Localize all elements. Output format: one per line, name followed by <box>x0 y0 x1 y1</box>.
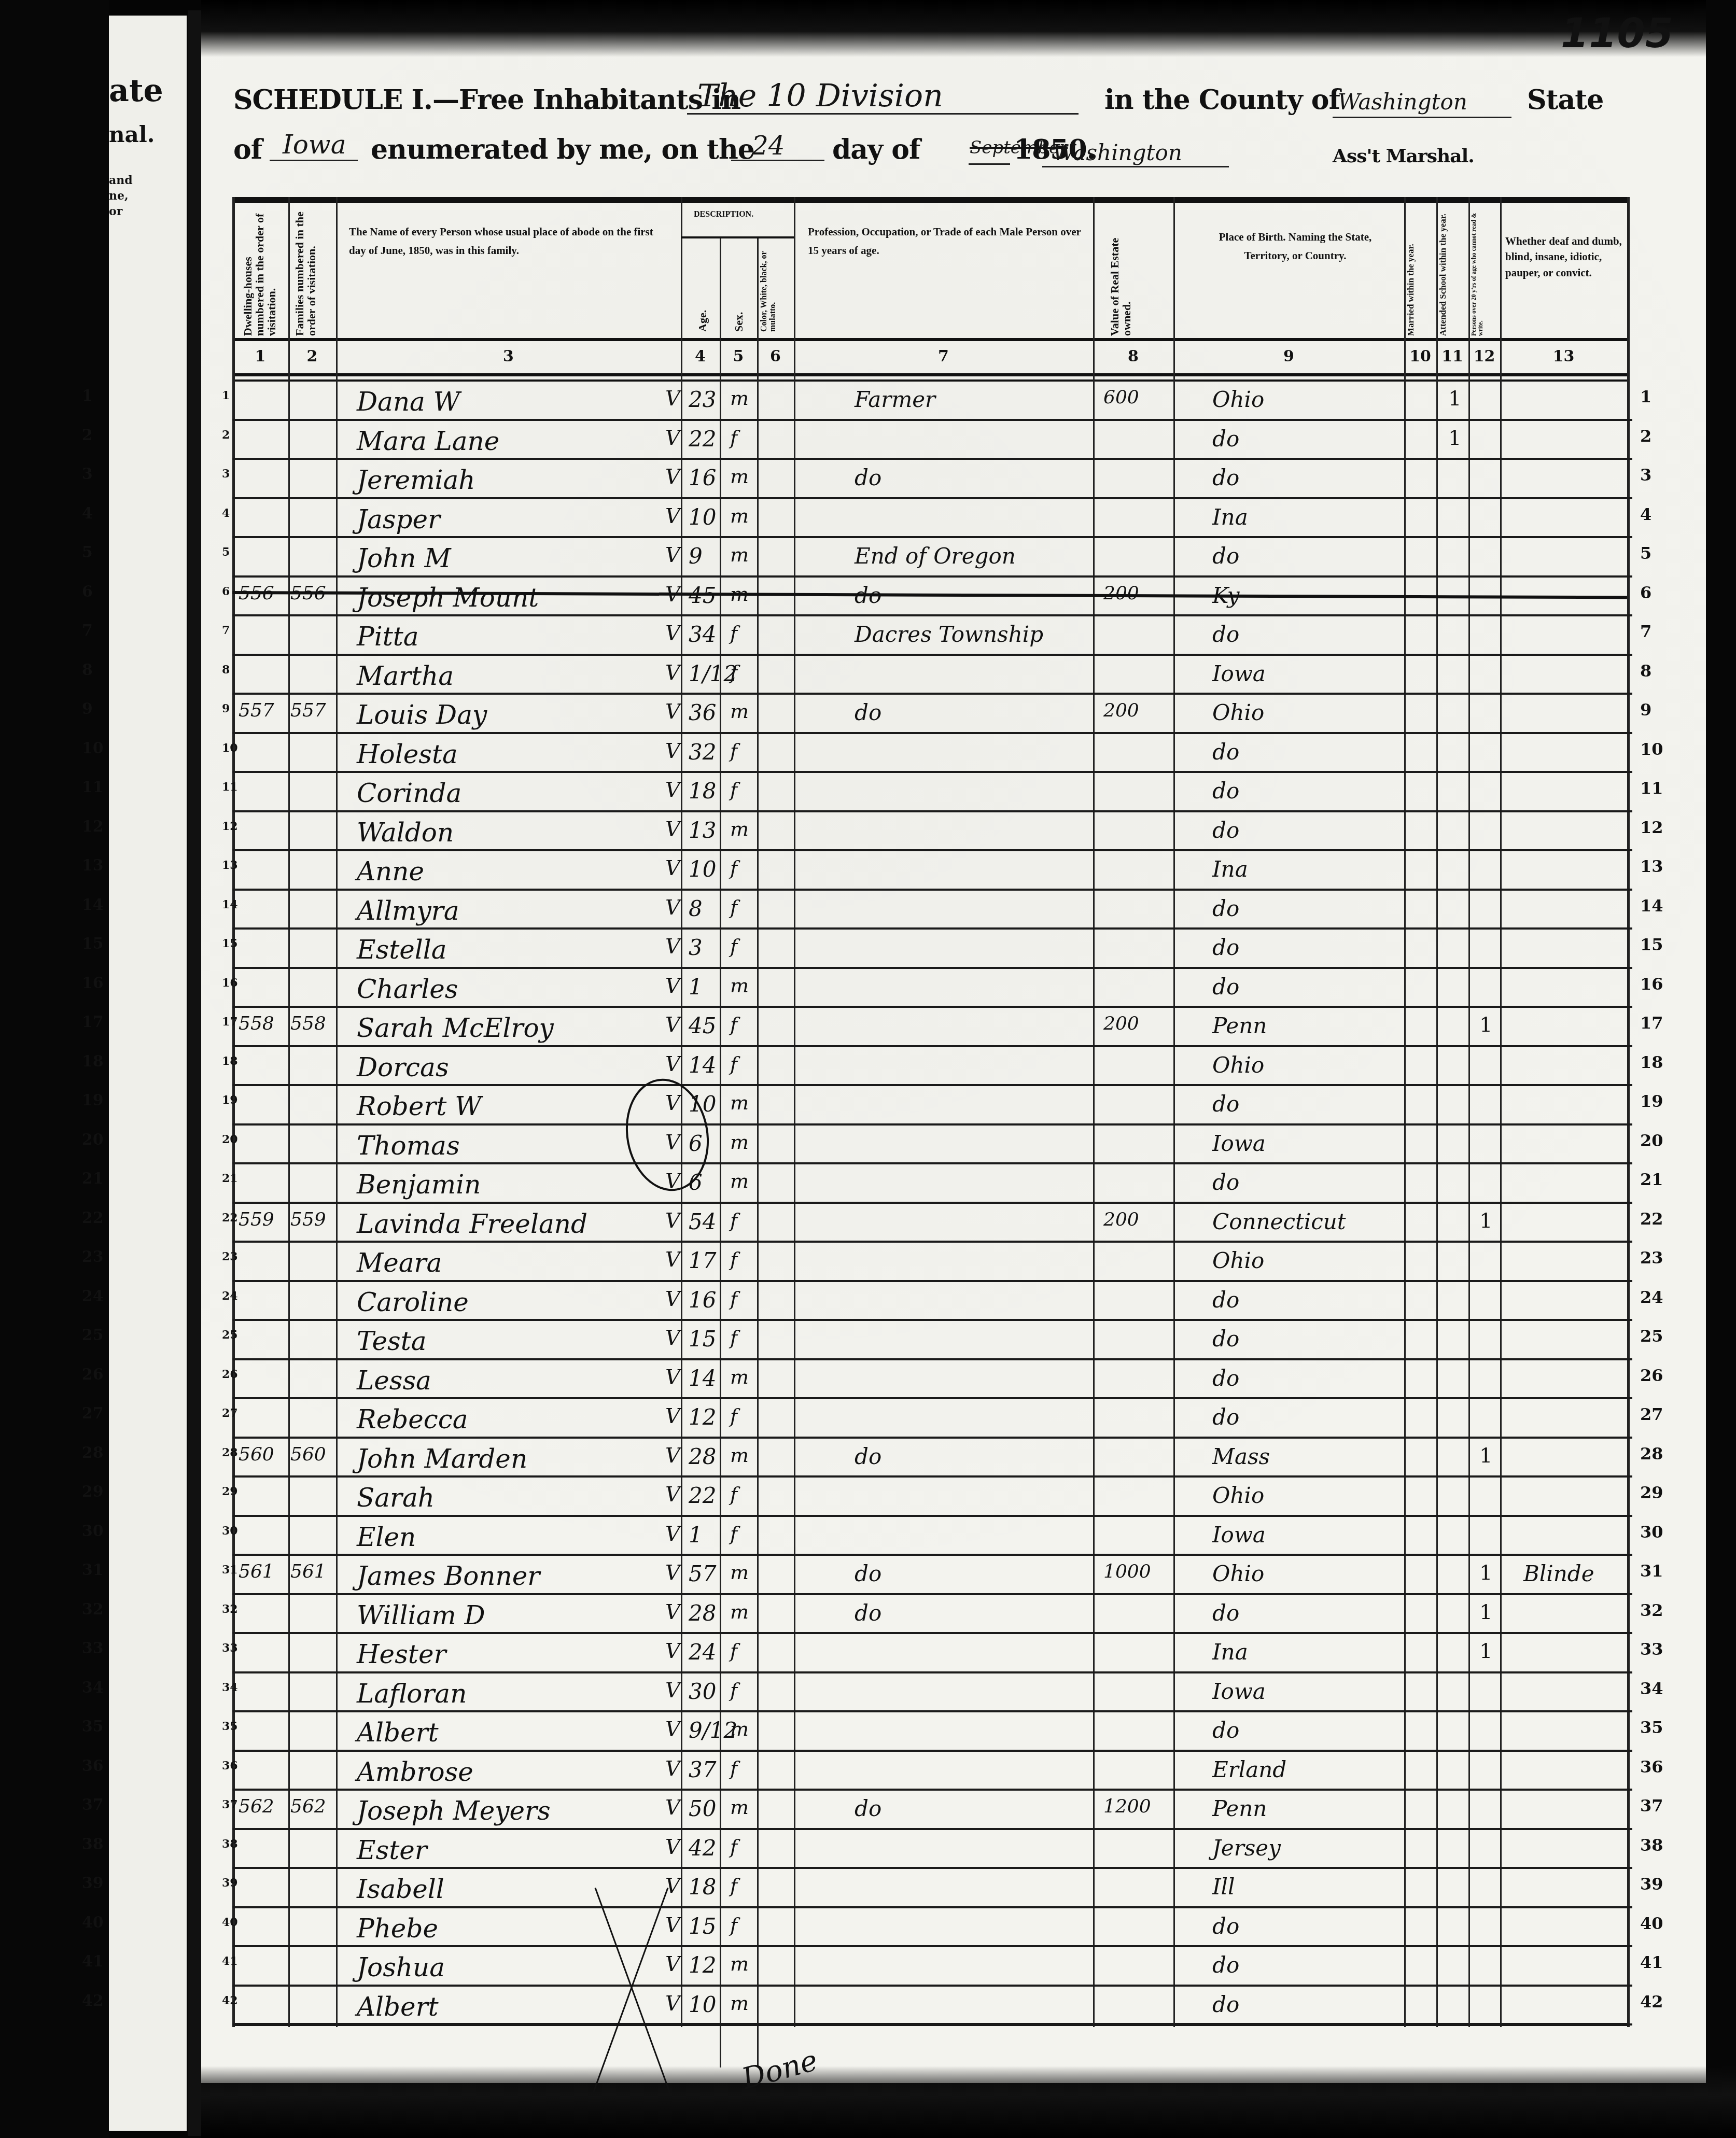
table-row: 19 19 Robert W V 10 m do 19 <box>232 1086 1632 1126</box>
col-13-number: 13 <box>1500 347 1627 365</box>
enumeration-tick: V <box>665 778 680 802</box>
line-number-right: 34 <box>1640 1679 1663 1698</box>
table-row: 2 2 Mara Lane V 22 f do 1 2 <box>232 421 1632 460</box>
line-number-right: 32 <box>1640 1600 1663 1620</box>
line-number-left: 17 <box>82 1013 104 1031</box>
table-row: 42 42 Albert V 10 m do 42 <box>232 1987 1632 2026</box>
left-fragment-1: ate <box>109 73 163 109</box>
birthplace: Ill <box>1212 1874 1235 1900</box>
col-2-number: 2 <box>288 347 336 365</box>
enumeration-tick: V <box>665 1013 680 1037</box>
school-mark: 1 <box>1448 426 1461 450</box>
age: 50 <box>689 1796 716 1821</box>
person-name: Hester <box>357 1639 446 1669</box>
person-name: Charles <box>357 974 458 1004</box>
table-row: 38 38 Ester V 42 f Jersey 38 <box>232 1830 1632 1869</box>
table-row: 5 5 John M V 9 m End of Oregon do 5 <box>232 538 1632 578</box>
line-number-left: 21 <box>82 1170 104 1188</box>
person-name: Elen <box>357 1522 416 1552</box>
person-name: Robert W <box>357 1091 482 1121</box>
illiterate-mark: 1 <box>1479 1600 1492 1624</box>
real-estate-value: 200 <box>1103 1013 1139 1034</box>
col-10-header: Married within the year. <box>1406 212 1435 336</box>
table-row: 4 4 Jasper V 10 m Ina 4 <box>232 499 1632 539</box>
sex: m <box>730 1131 749 1154</box>
person-name: Dana W <box>357 387 460 417</box>
age: 1 <box>689 974 703 1000</box>
enumeration-tick: V <box>665 1404 680 1428</box>
birthplace: Ohio <box>1212 1483 1264 1508</box>
enumeration-tick: V <box>665 1992 680 2016</box>
day-of-label: day of <box>832 134 920 165</box>
sex: f <box>730 1835 737 1858</box>
real-estate-value: 200 <box>1103 1209 1139 1230</box>
age: 12 <box>689 1404 716 1430</box>
sex: f <box>730 856 737 879</box>
table-row: 16 16 Charles V 1 m do 16 <box>232 969 1632 1008</box>
age: 14 <box>689 1052 716 1078</box>
birthplace: Ohio <box>1212 387 1264 412</box>
line-number-left: 35 <box>82 1718 104 1736</box>
person-name: John M <box>357 543 451 573</box>
line-number-left: 24 <box>82 1287 104 1305</box>
line-number-left: 41 <box>82 1952 104 1971</box>
line-number-inner: 32 <box>222 1602 238 1616</box>
illiterate-mark: 1 <box>1479 1209 1492 1233</box>
age: 12 <box>689 1952 716 1978</box>
table-row: 11 11 Corinda V 18 f do 11 <box>232 773 1632 812</box>
family-number: 561 <box>290 1561 326 1582</box>
birthplace: do <box>1212 465 1239 490</box>
birthplace: Iowa <box>1212 1131 1266 1156</box>
colnum-rule-1 <box>232 373 1627 376</box>
occupation: do <box>855 1561 881 1586</box>
marshal-label: Ass't Marshal. <box>1333 145 1474 167</box>
table-row: 35 35 Albert V 9/12 m do 35 <box>232 1712 1632 1752</box>
line-number-inner: 15 <box>222 937 238 950</box>
enumeration-tick: V <box>665 974 680 998</box>
family-number: 559 <box>290 1209 326 1230</box>
birthplace: do <box>1212 1600 1239 1626</box>
enumeration-tick: V <box>665 1952 680 1976</box>
line-number-inner: 3 <box>222 467 230 481</box>
real-estate-value: 200 <box>1103 700 1139 721</box>
line-number-left: 25 <box>82 1326 104 1344</box>
line-number-left: 42 <box>82 1992 104 2010</box>
table-row: 31 31 561 561 James Bonner V 57 m do 100… <box>232 1556 1632 1595</box>
table-row: 26 26 Lessa V 14 m do 26 <box>232 1360 1632 1400</box>
enumeration-tick: V <box>665 1757 680 1781</box>
person-name: Isabell <box>357 1874 444 1904</box>
scan-right-edge <box>1706 0 1736 2138</box>
left-fragment-2: nal. <box>109 122 155 147</box>
birthplace: do <box>1212 1404 1239 1430</box>
dwelling-number: 560 <box>239 1444 274 1465</box>
page-gutter <box>188 10 201 2136</box>
left-fragment-5: or <box>109 205 122 218</box>
sex: m <box>730 818 749 840</box>
illiterate-mark: 1 <box>1479 1639 1492 1663</box>
table-row: 41 41 Joshua V 12 m do 41 <box>232 1947 1632 1987</box>
enumeration-tick: V <box>665 739 680 763</box>
scan-bottom-edge <box>201 2066 1736 2138</box>
line-number-right: 7 <box>1640 622 1651 641</box>
enumeration-tick: V <box>665 543 680 567</box>
person-name: Lessa <box>357 1366 431 1396</box>
line-number-inner: 27 <box>222 1406 238 1420</box>
line-number-inner: 14 <box>222 898 238 911</box>
age: 34 <box>689 622 716 647</box>
table-row: 37 37 562 562 Joseph Meyers V 50 m do 12… <box>232 1791 1632 1830</box>
person-name: Phebe <box>357 1914 438 1944</box>
age: 13 <box>689 818 716 843</box>
sex: f <box>730 1052 737 1075</box>
enumeration-tick: V <box>665 1444 680 1468</box>
line-number-left: 30 <box>82 1522 104 1540</box>
age: 18 <box>689 1874 716 1900</box>
line-number-right: 12 <box>1640 818 1663 837</box>
sex: f <box>730 1404 737 1427</box>
enumeration-tick: V <box>665 1483 680 1507</box>
age: 22 <box>689 1483 716 1508</box>
person-name: Joseph Mount <box>357 583 539 613</box>
person-name: Joseph Meyers <box>357 1796 551 1826</box>
line-number-left: 18 <box>82 1052 104 1071</box>
birthplace: Ohio <box>1212 1561 1264 1586</box>
line-number-left: 13 <box>82 856 104 875</box>
sex: m <box>730 1718 749 1740</box>
line-number-inner: 6 <box>222 585 230 598</box>
dwelling-number: 561 <box>239 1561 274 1582</box>
birthplace: Iowa <box>1212 1679 1266 1704</box>
person-name: Testa <box>357 1326 427 1356</box>
line-number-inner: 21 <box>222 1172 238 1185</box>
enumeration-tick: V <box>665 1052 680 1076</box>
division-value: The 10 Division <box>697 78 943 114</box>
age: 16 <box>689 1287 716 1313</box>
line-number-left: 16 <box>82 974 104 992</box>
line-number-right: 15 <box>1640 935 1663 954</box>
table-top-rule <box>232 197 1627 203</box>
enumerated-label: enumerated by me, on the <box>371 134 754 165</box>
col-6-number: 6 <box>757 347 794 365</box>
enumeration-tick: V <box>665 1835 680 1859</box>
line-number-inner: 26 <box>222 1368 238 1381</box>
birthplace: Penn <box>1212 1796 1267 1821</box>
col-9-header: Place of Birth. Naming the State, Territ… <box>1197 228 1394 265</box>
sex: f <box>730 1209 737 1232</box>
sex: m <box>730 1561 749 1584</box>
table-row: 12 12 Waldon V 13 m do 12 <box>232 812 1632 852</box>
person-name: John Marden <box>357 1444 527 1474</box>
col-1-header: Dwelling-houses numbered in the order of… <box>242 212 288 336</box>
person-name: Jasper <box>357 504 440 534</box>
line-number-left: 29 <box>82 1483 104 1501</box>
sex: m <box>730 387 749 410</box>
line-number-inner: 24 <box>222 1289 238 1303</box>
line-number-right: 10 <box>1640 739 1663 759</box>
schedule-title: SCHEDULE I.—Free Inhabitants in <box>233 84 740 116</box>
line-number-inner: 4 <box>222 507 230 520</box>
description-group-header: DESCRIPTION. <box>694 207 753 221</box>
sex: m <box>730 1952 749 1975</box>
line-number-right: 6 <box>1640 583 1651 602</box>
real-estate-value: 1200 <box>1103 1796 1151 1817</box>
line-number-left: 7 <box>82 622 93 640</box>
col-11-number: 11 <box>1436 347 1468 365</box>
col-13-header: Whether deaf and dumb, blind, insane, id… <box>1505 233 1622 280</box>
line-number-left: 1 <box>82 387 93 405</box>
age: 14 <box>689 1366 716 1391</box>
county-label: in the County of <box>1104 84 1340 116</box>
line-number-left: 28 <box>82 1444 104 1462</box>
line-number-left: 15 <box>82 935 104 953</box>
birthplace: do <box>1212 935 1239 960</box>
table-row: 20 20 Thomas V 6 m Iowa 20 <box>232 1126 1632 1165</box>
line-number-left: 9 <box>82 700 93 718</box>
enumeration-tick: V <box>665 1874 680 1898</box>
line-number-right: 16 <box>1640 974 1663 994</box>
line-number-left: 27 <box>82 1404 104 1423</box>
person-name: Albert <box>357 1992 439 2022</box>
scan-top-edge <box>201 0 1736 57</box>
occupation: do <box>855 700 881 725</box>
line-number-left: 23 <box>82 1248 104 1266</box>
of-label: of <box>233 134 262 165</box>
sex: f <box>730 896 737 919</box>
birthplace: Iowa <box>1212 661 1266 686</box>
enumeration-tick: V <box>665 818 680 841</box>
sex: m <box>730 543 749 566</box>
family-number: 560 <box>290 1444 326 1465</box>
col-12-number: 12 <box>1468 347 1500 365</box>
sex: f <box>730 1679 737 1701</box>
line-number-inner: 19 <box>222 1093 238 1107</box>
person-name: Dorcas <box>357 1052 449 1082</box>
line-number-right: 31 <box>1640 1561 1663 1581</box>
age: 15 <box>689 1914 716 1939</box>
state-value: Iowa <box>283 130 346 160</box>
age: 9 <box>689 543 703 569</box>
age: 54 <box>689 1209 716 1234</box>
person-name: Sarah McElroy <box>357 1013 554 1043</box>
age: 10 <box>689 504 716 530</box>
person-name: James Bonner <box>357 1561 540 1591</box>
age: 17 <box>689 1248 716 1273</box>
sex: f <box>730 1639 737 1662</box>
line-number-right: 40 <box>1640 1914 1663 1933</box>
line-number-right: 24 <box>1640 1287 1663 1307</box>
age: 23 <box>689 387 716 412</box>
table-row: 34 34 Lafloran V 30 f Iowa 34 <box>232 1673 1632 1713</box>
person-name: Ambrose <box>357 1757 473 1787</box>
illiterate-mark: 1 <box>1479 1561 1492 1585</box>
line-number-right: 9 <box>1640 700 1651 720</box>
line-number-right: 42 <box>1640 1992 1663 2012</box>
age: 1 <box>689 1522 703 1548</box>
sex: m <box>730 1091 749 1114</box>
line-number-right: 22 <box>1640 1209 1663 1229</box>
table-row: 17 17 558 558 Sarah McElroy V 45 f 200 P… <box>232 1008 1632 1047</box>
line-number-right: 25 <box>1640 1326 1663 1346</box>
col-7-header: Profession, Occupation, or Trade of each… <box>808 223 1083 260</box>
person-name: Sarah <box>357 1483 435 1513</box>
age: 32 <box>689 739 716 765</box>
line-number-left: 37 <box>82 1796 104 1814</box>
sex: f <box>730 426 737 449</box>
enumeration-tick: V <box>665 622 680 645</box>
line-number-inner: 9 <box>222 702 230 715</box>
sex: m <box>730 974 749 997</box>
line-number-right: 41 <box>1640 1952 1663 1972</box>
state-label: State <box>1527 84 1603 116</box>
sex: f <box>730 739 737 762</box>
person-name: Lafloran <box>357 1679 467 1709</box>
sex: f <box>730 1522 737 1545</box>
col-9-number: 9 <box>1173 347 1404 365</box>
table-row: 28 28 560 560 John Marden V 28 m do Mass… <box>232 1439 1632 1478</box>
real-estate-value: 200 <box>1103 583 1139 604</box>
enumeration-tick: V <box>665 426 680 450</box>
line-number-inner: 2 <box>222 428 230 442</box>
age: 28 <box>689 1444 716 1469</box>
col-3-number: 3 <box>336 347 681 365</box>
sex: m <box>730 1600 749 1623</box>
line-number-left: 10 <box>82 739 104 757</box>
description-rule <box>681 236 794 238</box>
state-blank <box>270 160 358 161</box>
table-row: 22 22 559 559 Lavinda Freeland V 54 f 20… <box>232 1204 1632 1243</box>
line-number-inner: 41 <box>222 1954 238 1968</box>
sex: f <box>730 661 737 684</box>
enumeration-tick: V <box>665 1366 680 1389</box>
person-name: Corinda <box>357 778 461 808</box>
line-number-inner: 25 <box>222 1328 238 1342</box>
enumeration-tick: V <box>665 935 680 959</box>
line-number-right: 35 <box>1640 1718 1663 1737</box>
enumeration-tick: V <box>665 1718 680 1741</box>
line-number-inner: 38 <box>222 1837 238 1851</box>
sex: m <box>730 1796 749 1819</box>
marshal-value: Washington <box>1053 140 1182 165</box>
birthplace: do <box>1212 974 1239 1000</box>
line-number-left: 5 <box>82 543 93 561</box>
line-number-right: 18 <box>1640 1052 1663 1072</box>
birthplace: do <box>1212 1914 1239 1939</box>
table-row: 23 23 Meara V 17 f Ohio 23 <box>232 1243 1632 1282</box>
left-fragment-3: and <box>109 174 133 187</box>
enumeration-tick: V <box>665 896 680 920</box>
header-rule <box>232 338 1627 341</box>
sex: m <box>730 465 749 488</box>
sex: m <box>730 1170 749 1192</box>
birthplace: Ina <box>1212 504 1248 530</box>
illiterate-mark: 1 <box>1479 1444 1492 1468</box>
enumeration-tick: V <box>665 465 680 489</box>
birthplace: Ohio <box>1212 1248 1264 1273</box>
age: 16 <box>689 465 716 490</box>
enumeration-tick: V <box>665 1914 680 1937</box>
line-number-inner: 8 <box>222 663 230 677</box>
occupation: do <box>855 1796 881 1821</box>
table-row: 25 25 Testa V 15 f do 25 <box>232 1321 1632 1360</box>
line-number-right: 33 <box>1640 1639 1663 1659</box>
person-name: Pitta <box>357 622 419 652</box>
birthplace: do <box>1212 622 1239 647</box>
line-number-inner: 12 <box>222 820 238 833</box>
sex: m <box>730 700 749 723</box>
person-name: William D <box>357 1600 485 1630</box>
person-name: Estella <box>357 935 447 965</box>
line-number-right: 20 <box>1640 1131 1663 1150</box>
col-4-header: Age. <box>696 275 717 332</box>
line-number-left: 40 <box>82 1914 104 1932</box>
table-row: 7 7 Pitta V 34 f Dacres Township do 7 <box>232 616 1632 656</box>
line-number-left: 12 <box>82 818 104 836</box>
person-name: Waldon <box>357 818 454 848</box>
line-number-right: 1 <box>1640 387 1651 406</box>
age: 22 <box>689 426 716 452</box>
page-stamp: 1105 <box>1561 10 1673 57</box>
dwelling-number: 559 <box>239 1209 274 1230</box>
line-number-right: 11 <box>1640 778 1663 798</box>
age: 36 <box>689 700 716 725</box>
person-name: Benjamin <box>357 1170 481 1200</box>
line-number-left: 3 <box>82 465 93 483</box>
col-10-number: 10 <box>1404 347 1436 365</box>
line-number-inner: 35 <box>222 1720 238 1733</box>
birthplace: do <box>1212 1287 1239 1313</box>
enumeration-tick: V <box>665 1287 680 1311</box>
table-row: 32 32 William D V 28 m do do 1 32 <box>232 1595 1632 1635</box>
col-12-header: Persons over 20 y'rs of age who cannot r… <box>1471 212 1500 336</box>
line-number-inner: 11 <box>222 780 238 794</box>
enumeration-tick: V <box>665 661 680 685</box>
sex: f <box>730 1326 737 1349</box>
enumeration-tick: V <box>665 856 680 880</box>
person-name: Albert <box>357 1718 439 1748</box>
line-number-inner: 16 <box>222 976 238 990</box>
line-number-inner: 30 <box>222 1524 238 1538</box>
age: 10 <box>689 1992 716 2017</box>
line-number-inner: 37 <box>222 1798 238 1811</box>
birthplace: do <box>1212 1718 1239 1743</box>
col-6-header: Color, White, black, or mulatto. <box>760 244 792 332</box>
enumeration-tick: V <box>665 1600 680 1624</box>
sex: f <box>730 1914 737 1936</box>
county-value: Washington <box>1338 89 1467 115</box>
age: 15 <box>689 1326 716 1352</box>
birthplace: Penn <box>1212 1013 1267 1038</box>
sex: m <box>730 504 749 527</box>
table-row: 30 30 Elen V 1 f Iowa 30 <box>232 1517 1632 1556</box>
age: 8 <box>689 896 703 921</box>
table-row: 8 8 Martha V 1/12 f Iowa 8 <box>232 656 1632 695</box>
person-name: Meara <box>357 1248 442 1278</box>
sex: f <box>730 1874 737 1897</box>
table-row: 36 36 Ambrose V 37 f Erland 36 <box>232 1752 1632 1791</box>
enumeration-tick: V <box>665 387 680 411</box>
birthplace: Iowa <box>1212 1522 1266 1548</box>
county-blank <box>1333 117 1511 118</box>
person-name: Anne <box>357 856 424 887</box>
age: 28 <box>689 1600 716 1626</box>
birthplace: do <box>1212 1366 1239 1391</box>
table-row: 40 40 Phebe V 15 f do 40 <box>232 1908 1632 1948</box>
line-number-right: 17 <box>1640 1013 1663 1033</box>
person-name: Rebecca <box>357 1404 468 1434</box>
enumeration-tick: V <box>665 1639 680 1663</box>
